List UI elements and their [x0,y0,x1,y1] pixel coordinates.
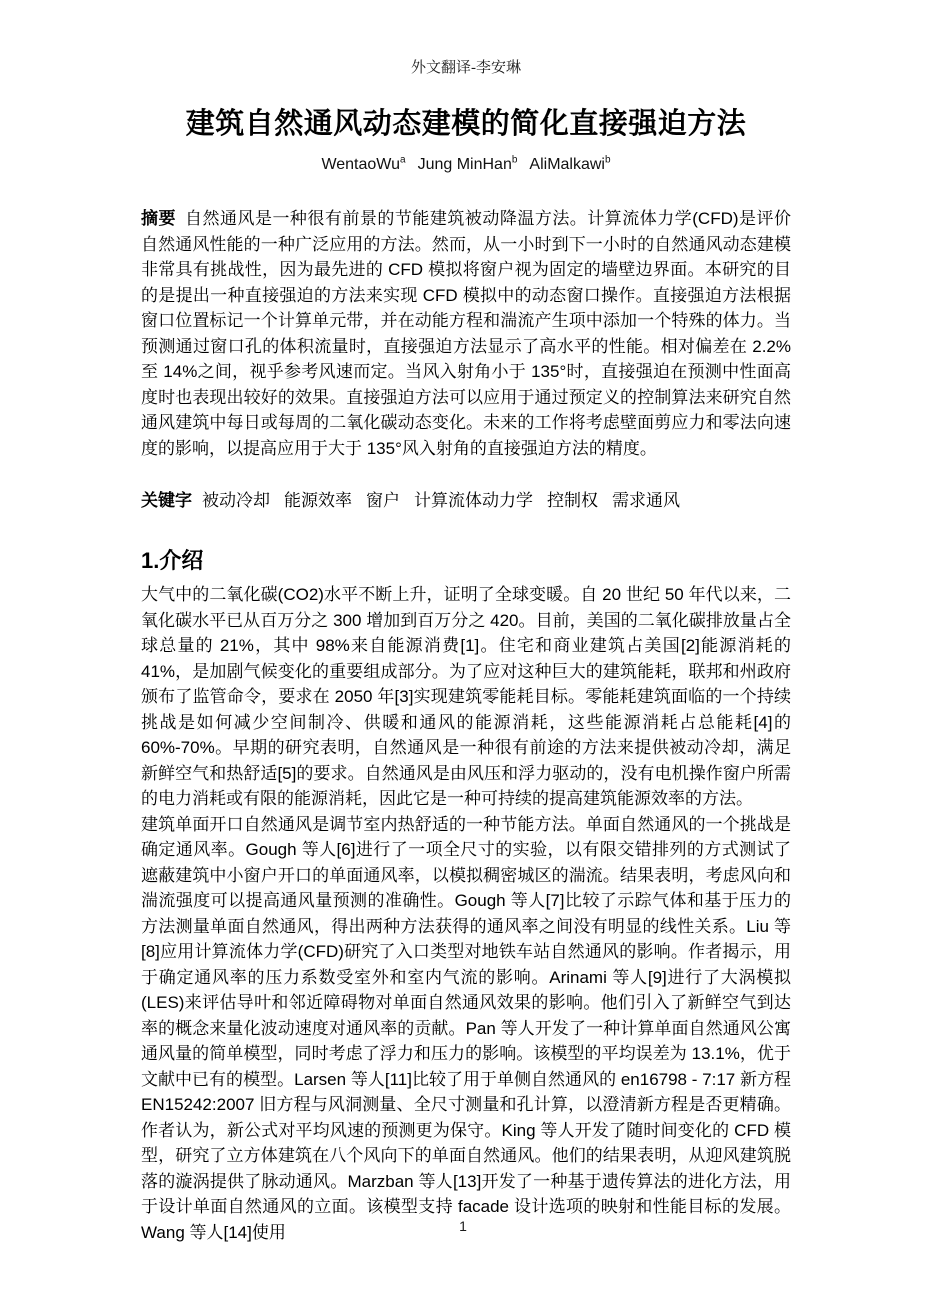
intro-paragraph-1: 大气中的二氧化碳(CO2)水平不断上升，证明了全球变暖。自 20 世纪 50 年… [141,582,791,812]
document-page: 外文翻译-李安琳 建筑自然通风动态建模的简化直接强迫方法 WentaoWuaJu… [0,0,926,1309]
author-name: WentaoWu [321,156,400,173]
section-heading-introduction: 1.介绍 [141,546,791,576]
keyword-item: 被动冷却 [202,491,270,510]
affiliation-superscript: b [605,155,611,166]
keyword-item: 计算流体动力学 [414,491,533,510]
author-name: AliMalkawi [529,156,605,173]
keyword-item: 能源效率 [284,491,352,510]
intro-paragraph-2: 建筑单面开口自然通风是调节室内热舒适的一种节能方法。单面自然通风的一个挑战是确定… [141,812,791,1246]
page-number: 1 [0,1218,926,1234]
author-name: Jung MinHan [418,156,512,173]
affiliation-superscript: b [512,155,518,166]
affiliation-superscript: a [400,155,406,166]
keyword-item: 窗户 [366,491,400,510]
authors-line: WentaoWuaJung MinHanbAliMalkawib [141,154,791,176]
keyword-item: 控制权 [547,491,598,510]
abstract-paragraph: 摘要自然通风是一种很有前景的节能建筑被动降温方法。计算流体力学(CFD)是评价自… [141,206,791,461]
author-entry: AliMalkawib [529,156,610,173]
abstract-label: 摘要 [141,209,176,228]
document-content: 外文翻译-李安琳 建筑自然通风动态建模的简化直接强迫方法 WentaoWuaJu… [141,58,791,1245]
keywords-line: 关键字被动冷却能源效率窗户计算流体动力学控制权需求通风 [141,488,791,513]
keywords-label: 关键字 [141,491,192,510]
author-entry: WentaoWua [321,156,405,173]
page-header-text: 外文翻译-李安琳 [141,58,791,78]
abstract-text: 自然通风是一种很有前景的节能建筑被动降温方法。计算流体力学(CFD)是评价自然通… [141,209,791,458]
author-entry: Jung MinHanb [418,156,518,173]
keyword-item: 需求通风 [612,491,680,510]
paper-title: 建筑自然通风动态建模的简化直接强迫方法 [141,104,791,144]
